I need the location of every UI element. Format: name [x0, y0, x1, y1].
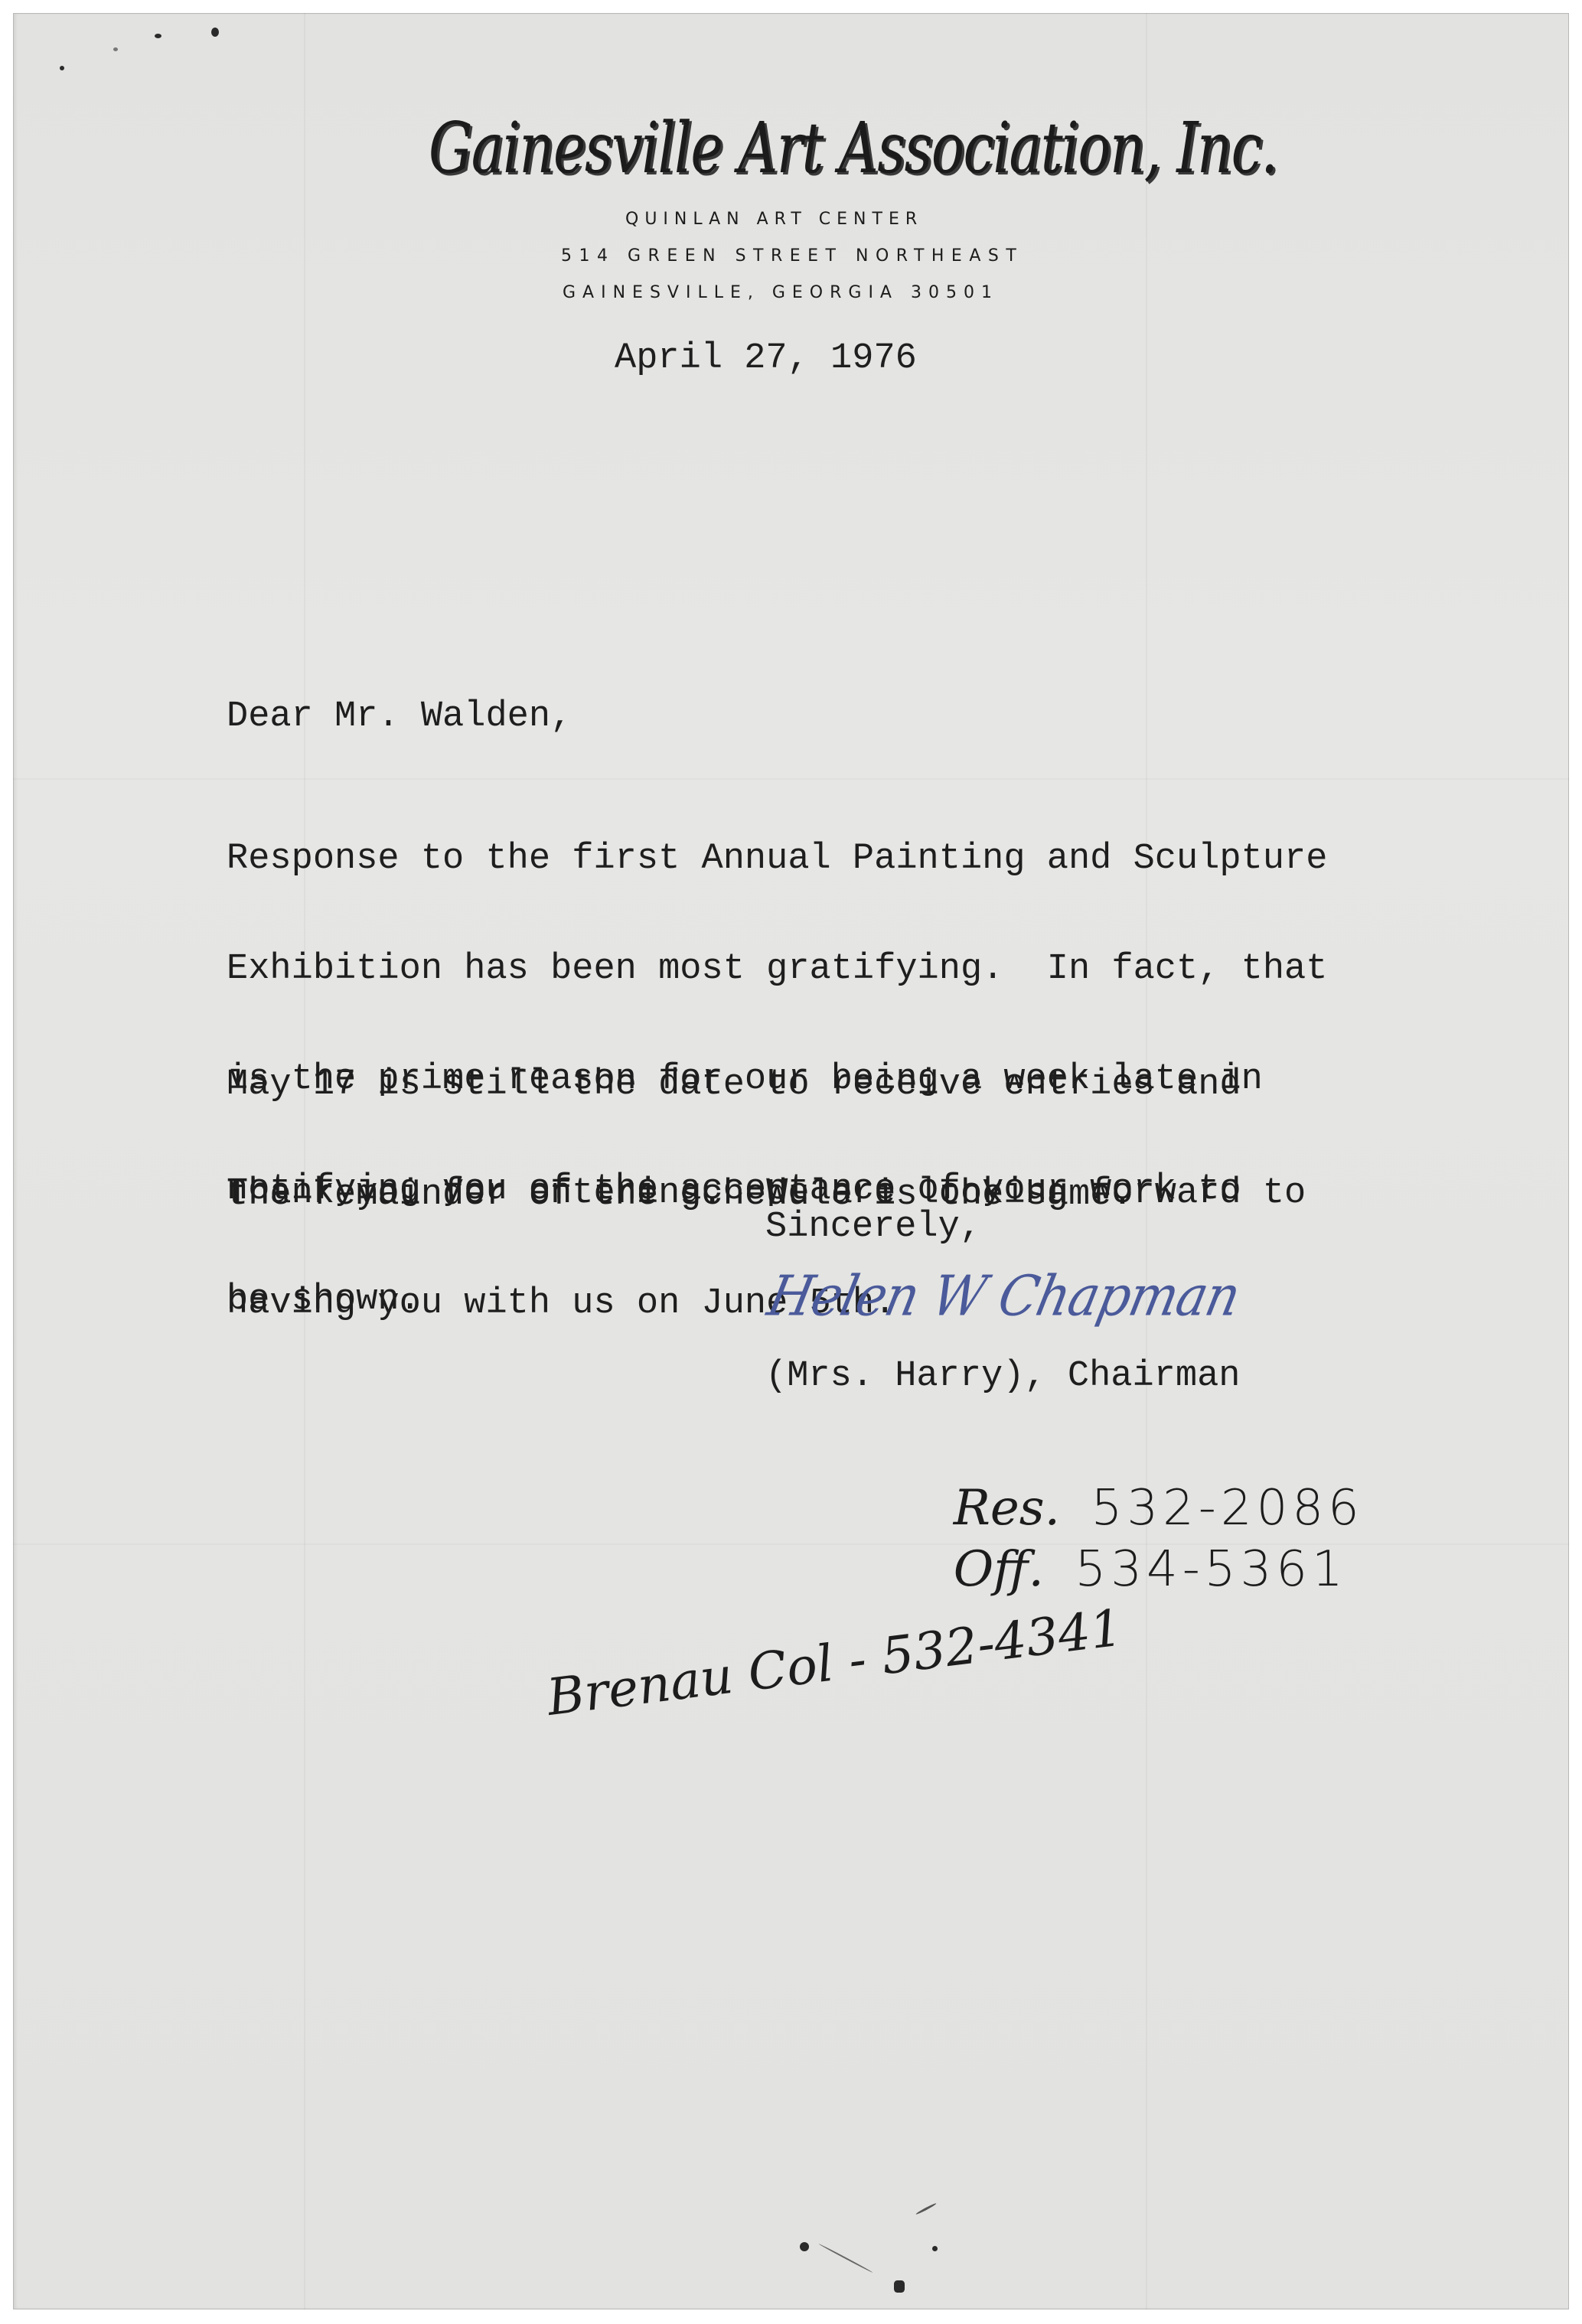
paper-speck: [800, 2242, 809, 2251]
letterhead-street: 514 GREEN STREET NORTHEAST: [561, 246, 1023, 266]
letter-date: April 27, 1976: [615, 341, 917, 377]
signer-title: (Mrs. Harry), Chairman: [765, 1358, 1241, 1395]
paragraph-line: Response to the first Annual Painting an…: [227, 841, 1327, 878]
closing: Sincerely,: [765, 1209, 981, 1246]
paper-speck: [155, 34, 161, 38]
paper-speck: [894, 2280, 905, 2293]
paper-speck: [211, 28, 219, 37]
signature: Helen W Chapman: [762, 1263, 1245, 1328]
office-phone: 534-5361: [1075, 1541, 1348, 1598]
paper-speck: [113, 47, 118, 51]
paragraph-line: Exhibition has been most gratifying. In …: [227, 951, 1327, 988]
paper-speck: [932, 2246, 938, 2251]
paper-speck: [60, 66, 64, 70]
paragraph-line: May 17 is still the date to receive entr…: [227, 1067, 1241, 1103]
salutation: Dear Mr. Walden,: [227, 699, 572, 735]
letterhead-city: GAINESVILLE, GEORGIA 30501: [563, 283, 999, 302]
office-phone-note: Off. 534-5361: [922, 1485, 1348, 1598]
office-label: Off.: [954, 1541, 1044, 1598]
letterhead-center: QUINLAN ART CENTER: [625, 210, 923, 229]
organization-name: Gainesville Art Association, Inc.: [429, 107, 1277, 189]
